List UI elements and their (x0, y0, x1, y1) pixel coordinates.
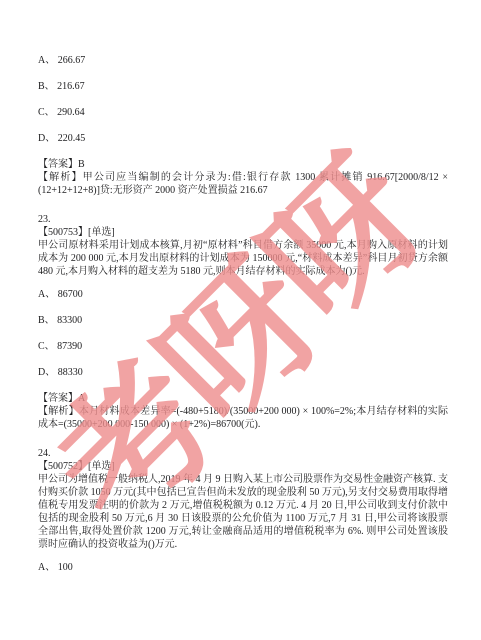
q22-option-b: B、 216.67 (38, 80, 448, 93)
q24-number: 24. (38, 447, 448, 460)
q22-options: A、 266.67 B、 216.67 C、 290.64 D、 220.45 (38, 54, 448, 145)
q23-id: 【500753】[单选] (38, 226, 448, 239)
q23-analysis: 【解析】本月材料成本差异率=(-480+5180)/(35000+200 000… (38, 405, 448, 431)
q23-option-a: A、 86700 (38, 288, 448, 301)
q23-options: A、 86700 B、 83300 C、 87390 D、 88330 (38, 288, 448, 379)
q22-option-a: A、 266.67 (38, 54, 448, 67)
q24-options: A、 100 (38, 561, 448, 574)
q23-number: 23. (38, 213, 448, 226)
q24-option-a: A、 100 (38, 561, 448, 574)
q24-id: 【500752】[单选] (38, 460, 448, 473)
q23-option-b: B、 83300 (38, 314, 448, 327)
page-content: A、 266.67 B、 216.67 C、 290.64 D、 220.45 … (0, 0, 481, 640)
q22-analysis: 【解析】甲公司应当编制的会计分录为:借:银行存款 1300 累计摊销 916.6… (38, 171, 448, 197)
q22-option-c: C、 290.64 (38, 106, 448, 119)
q23-answer: 【答案】A (38, 392, 448, 405)
document-page: A、 266.67 B、 216.67 C、 290.64 D、 220.45 … (0, 0, 481, 640)
q23-option-c: C、 87390 (38, 340, 448, 353)
q23-body: 甲公司原材料采用计划成本核算,月初“原材料”科目借方余额 35000 元,本月购… (38, 239, 448, 278)
q22-option-d: D、 220.45 (38, 132, 448, 145)
spacer (38, 431, 448, 447)
spacer (38, 197, 448, 213)
q24-body: 甲公司为增值税一般纳税人,2019 年 4 月 9 日购入某上市公司股票作为交易… (38, 473, 448, 551)
q22-answer: 【答案】B (38, 158, 448, 171)
q23-option-d: D、 88330 (38, 366, 448, 379)
